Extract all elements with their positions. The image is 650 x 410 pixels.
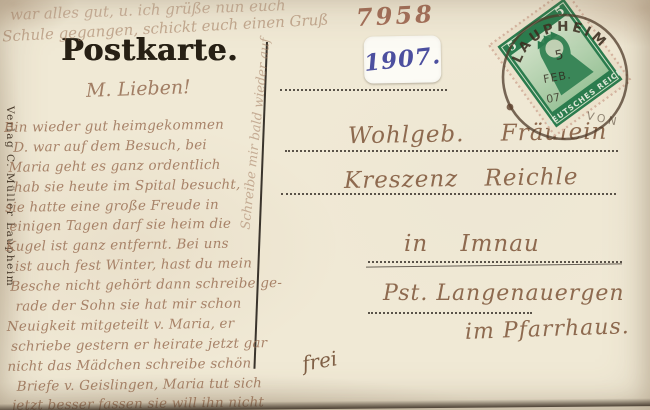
address-rule-3	[281, 193, 616, 195]
message-handwriting: Bin wieder gut heimgekommen D. war auf d…	[4, 115, 274, 410]
frei-note: frei	[300, 346, 339, 376]
year-sticker-text: 1907.	[363, 42, 442, 77]
year-sticker: 1907.	[364, 35, 442, 83]
address-line-town: in Imnau	[404, 231, 540, 257]
address-rule-4-solid	[366, 263, 622, 267]
postmark-ink-dot	[507, 104, 514, 111]
postcard-scan: Verlag C. Müller Laupheim Postkarte. war…	[0, 0, 650, 410]
address-line-recipient-name: Kreszenz Reichle	[344, 164, 579, 194]
collector-number-note: 7958	[355, 0, 435, 32]
message-line: hab sie heute im Spital besucht,	[14, 175, 271, 198]
address-line-post: Pst. Langenauergen	[383, 281, 625, 306]
address-rule-5	[368, 312, 532, 314]
address-rule-4	[368, 261, 622, 263]
postage-stamp: 5 5 DEUTSCHES REICH	[488, 0, 633, 137]
address-rule-1	[280, 89, 447, 91]
greeting-handwriting: M. Lieben!	[86, 76, 191, 102]
address-line-house: im Pfarrhaus.	[465, 314, 631, 345]
address-rule-2	[285, 150, 618, 152]
stamp-graphic: 5 5 DEUTSCHES REICH	[488, 0, 633, 137]
